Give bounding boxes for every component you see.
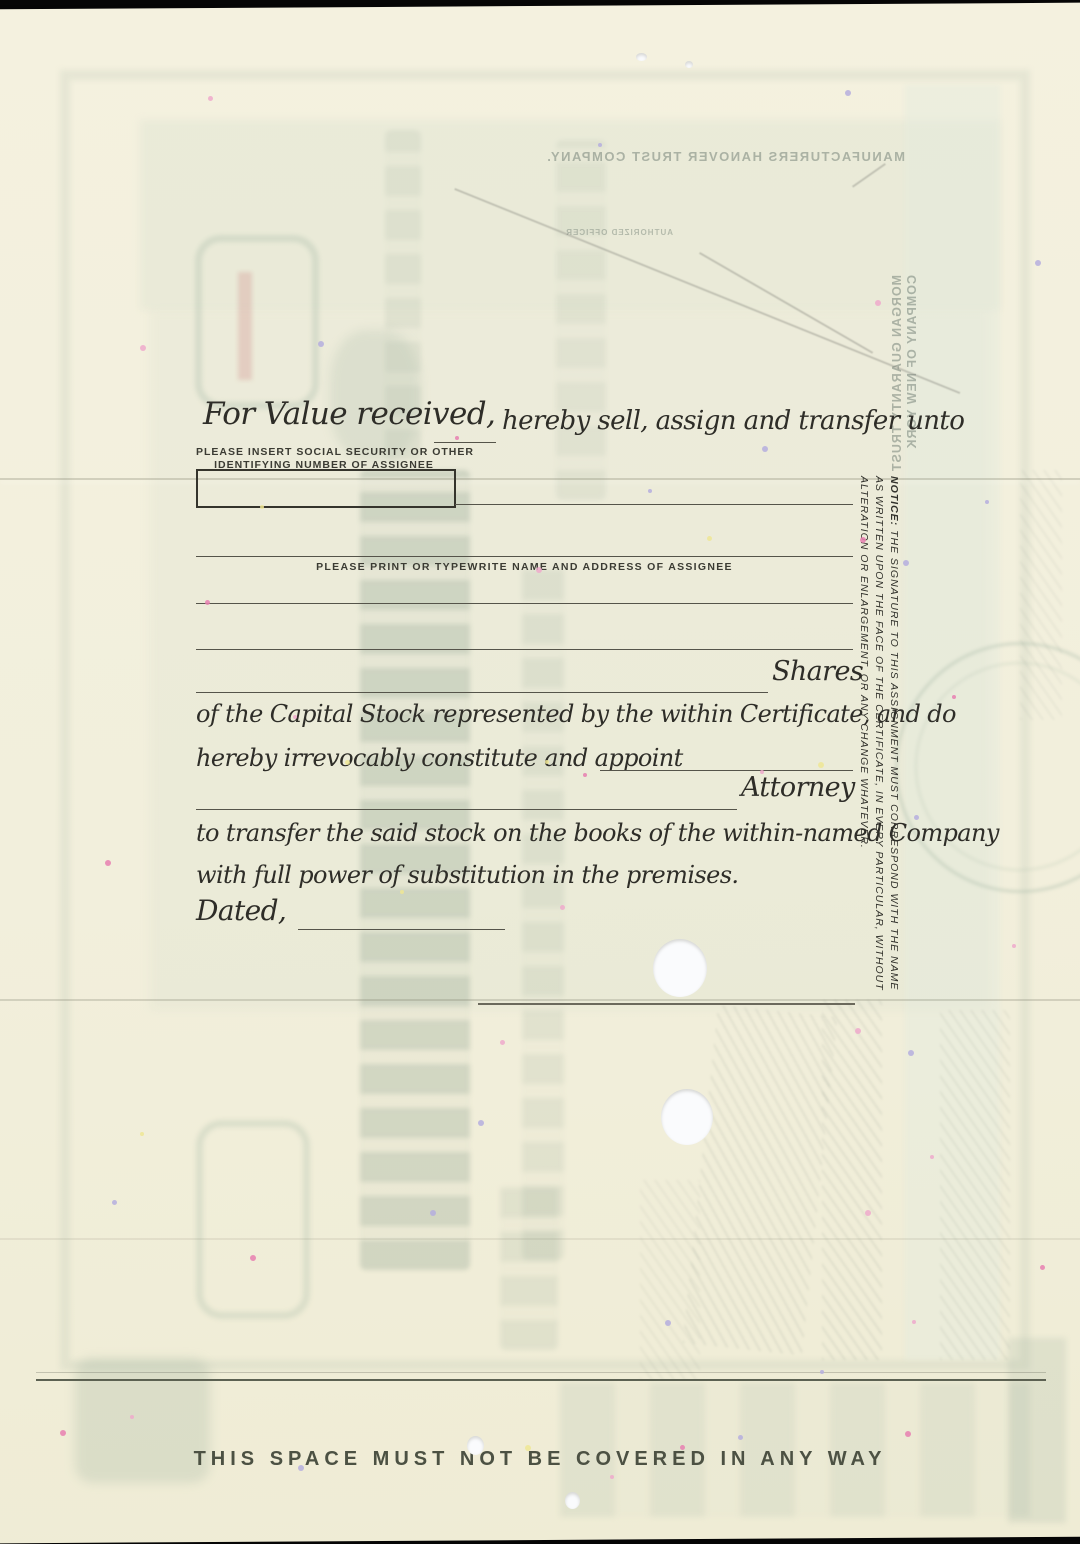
certificate-back-scan: MANUFACTURERS HANOVER TRUST COMPANY. AUT…: [0, 0, 1080, 1544]
speckle: [400, 890, 404, 894]
speckle: [60, 1430, 66, 1436]
notice-prefix: NOTICE:: [888, 476, 900, 526]
appoint-blank-line: [600, 770, 853, 771]
speckle: [1012, 944, 1016, 948]
speckle: [855, 1028, 861, 1034]
dated-blank-line: [298, 929, 505, 930]
speckle: [985, 500, 989, 504]
script-for-value-received: For Value received,: [203, 396, 495, 432]
footer-warning-text: THIS SPACE MUST NOT BE COVERED IN ANY WA…: [0, 1448, 1080, 1471]
speckle: [762, 446, 768, 452]
ghost-serial-red-ink: [238, 272, 252, 380]
speckle: [860, 537, 866, 543]
shares-line: [196, 692, 768, 693]
ghost-handwriting-3: [940, 1010, 1010, 1360]
speckle: [455, 436, 459, 440]
bottom-rule: [36, 1379, 1046, 1381]
ghost-bottom-right-block: [1008, 1338, 1066, 1523]
ghost-serial-medallion-top: [195, 235, 319, 409]
assignee-print-label: PLEASE PRINT OR TYPEWRITE NAME AND ADDRE…: [196, 561, 853, 573]
pencil-stroke-short: [699, 252, 873, 354]
speckle: [952, 695, 956, 699]
speckle: [112, 1200, 117, 1205]
ghost-column-bottom: [500, 1185, 558, 1350]
speckle: [905, 1431, 911, 1437]
speckle: [293, 715, 297, 719]
speckle: [140, 1132, 144, 1136]
paper-nick-2: [685, 61, 693, 68]
notice-line-1: NOTICE: THE SIGNATURE TO THIS ASSIGNMENT…: [886, 476, 901, 1038]
script-attorney: Attorney: [741, 772, 855, 803]
ghost-handwriting-5: [1020, 470, 1062, 720]
speckle: [260, 505, 264, 509]
speckle: [250, 1255, 256, 1261]
speckle: [205, 600, 210, 605]
assignee-line-1: [196, 556, 853, 557]
speckle: [525, 1445, 531, 1451]
ssn-entry-box: [196, 469, 456, 508]
speckle: [478, 1120, 484, 1126]
notice-line-3: ALTERATION OR ENLARGEMENT, OR ANY CHANGE…: [856, 476, 871, 1038]
script-shares: Shares: [772, 656, 863, 687]
script-clause-4: with full power of substitution in the p…: [196, 861, 738, 889]
speckle: [760, 770, 764, 774]
notice-line-2: AS WRITTEN UPON THE FACE OF THE CERTIFIC…: [871, 476, 886, 1038]
speckle: [665, 1320, 671, 1326]
fold-crease-middle: [0, 999, 1080, 1001]
speckle: [648, 489, 652, 493]
speckle: [865, 1210, 871, 1216]
speckle: [914, 815, 919, 820]
ghost-handwriting-4: [640, 1180, 700, 1380]
bottom-rule-shadow: [36, 1372, 1046, 1373]
speckle: [912, 1320, 916, 1324]
speckle: [820, 1370, 824, 1374]
signature-notice: NOTICE: THE SIGNATURE TO THIS ASSIGNMENT…: [856, 476, 901, 1038]
ghost-column-upper-2: [556, 140, 606, 500]
speckle: [536, 567, 542, 573]
script-hereby-sell: hereby sell, assign and transfer unto: [502, 406, 964, 436]
paper-nick-1: [636, 53, 647, 61]
speckle: [208, 96, 213, 101]
speckle: [500, 1040, 505, 1045]
script-clause-2: hereby irrevocably constitute and appoin…: [196, 744, 683, 772]
speckle: [680, 1445, 685, 1450]
speckle: [908, 1050, 914, 1056]
signature-line: [478, 1003, 855, 1005]
punch-hole-1: [653, 939, 707, 997]
punch-hole-small-1: [467, 1436, 484, 1455]
speckle: [738, 1435, 743, 1440]
punch-hole-2: [661, 1089, 713, 1145]
speckle: [610, 1475, 614, 1479]
ghost-title-letters-2: [522, 560, 564, 1260]
pencil-check: [852, 163, 886, 188]
ssn-instruction-line1: PLEASE INSERT SOCIAL SECURITY OR OTHER: [196, 446, 474, 458]
speckle: [903, 560, 909, 566]
blank-after-received: [434, 442, 496, 443]
speckle: [598, 143, 602, 147]
pencil-stroke-long: [454, 188, 960, 394]
speckle: [1040, 1265, 1045, 1270]
ghost-handwriting-2: [822, 1000, 882, 1360]
speckle: [545, 760, 549, 764]
speckle: [298, 1465, 304, 1471]
assignee-line-2: [196, 603, 853, 604]
assignee-line-right-of-box: [455, 504, 853, 505]
speckle: [1035, 260, 1041, 266]
ghost-handwriting-1: [683, 1005, 838, 1356]
ghost-serial-medallion-bottom: [196, 1120, 310, 1319]
speckle: [345, 760, 350, 765]
speckle: [845, 90, 851, 96]
speckle: [140, 345, 146, 351]
assignee-line-3: [196, 649, 853, 650]
speckle: [130, 1415, 134, 1419]
speckle: [105, 860, 111, 866]
speckle: [560, 905, 565, 910]
speckle: [707, 536, 712, 541]
speckle: [583, 773, 587, 777]
punch-hole-small-2: [565, 1492, 580, 1509]
speckle: [875, 300, 881, 306]
fold-crease-lower: [0, 1238, 1080, 1240]
speckle: [318, 341, 324, 347]
speckle: [818, 762, 824, 768]
speckle: [430, 1210, 436, 1216]
speckle: [930, 1155, 934, 1159]
fold-crease-top: [0, 478, 1080, 480]
script-clause-1: of the Capital Stock represented by the …: [196, 700, 956, 728]
script-dated: Dated,: [196, 894, 286, 927]
attorney-blank-line: [196, 809, 737, 810]
